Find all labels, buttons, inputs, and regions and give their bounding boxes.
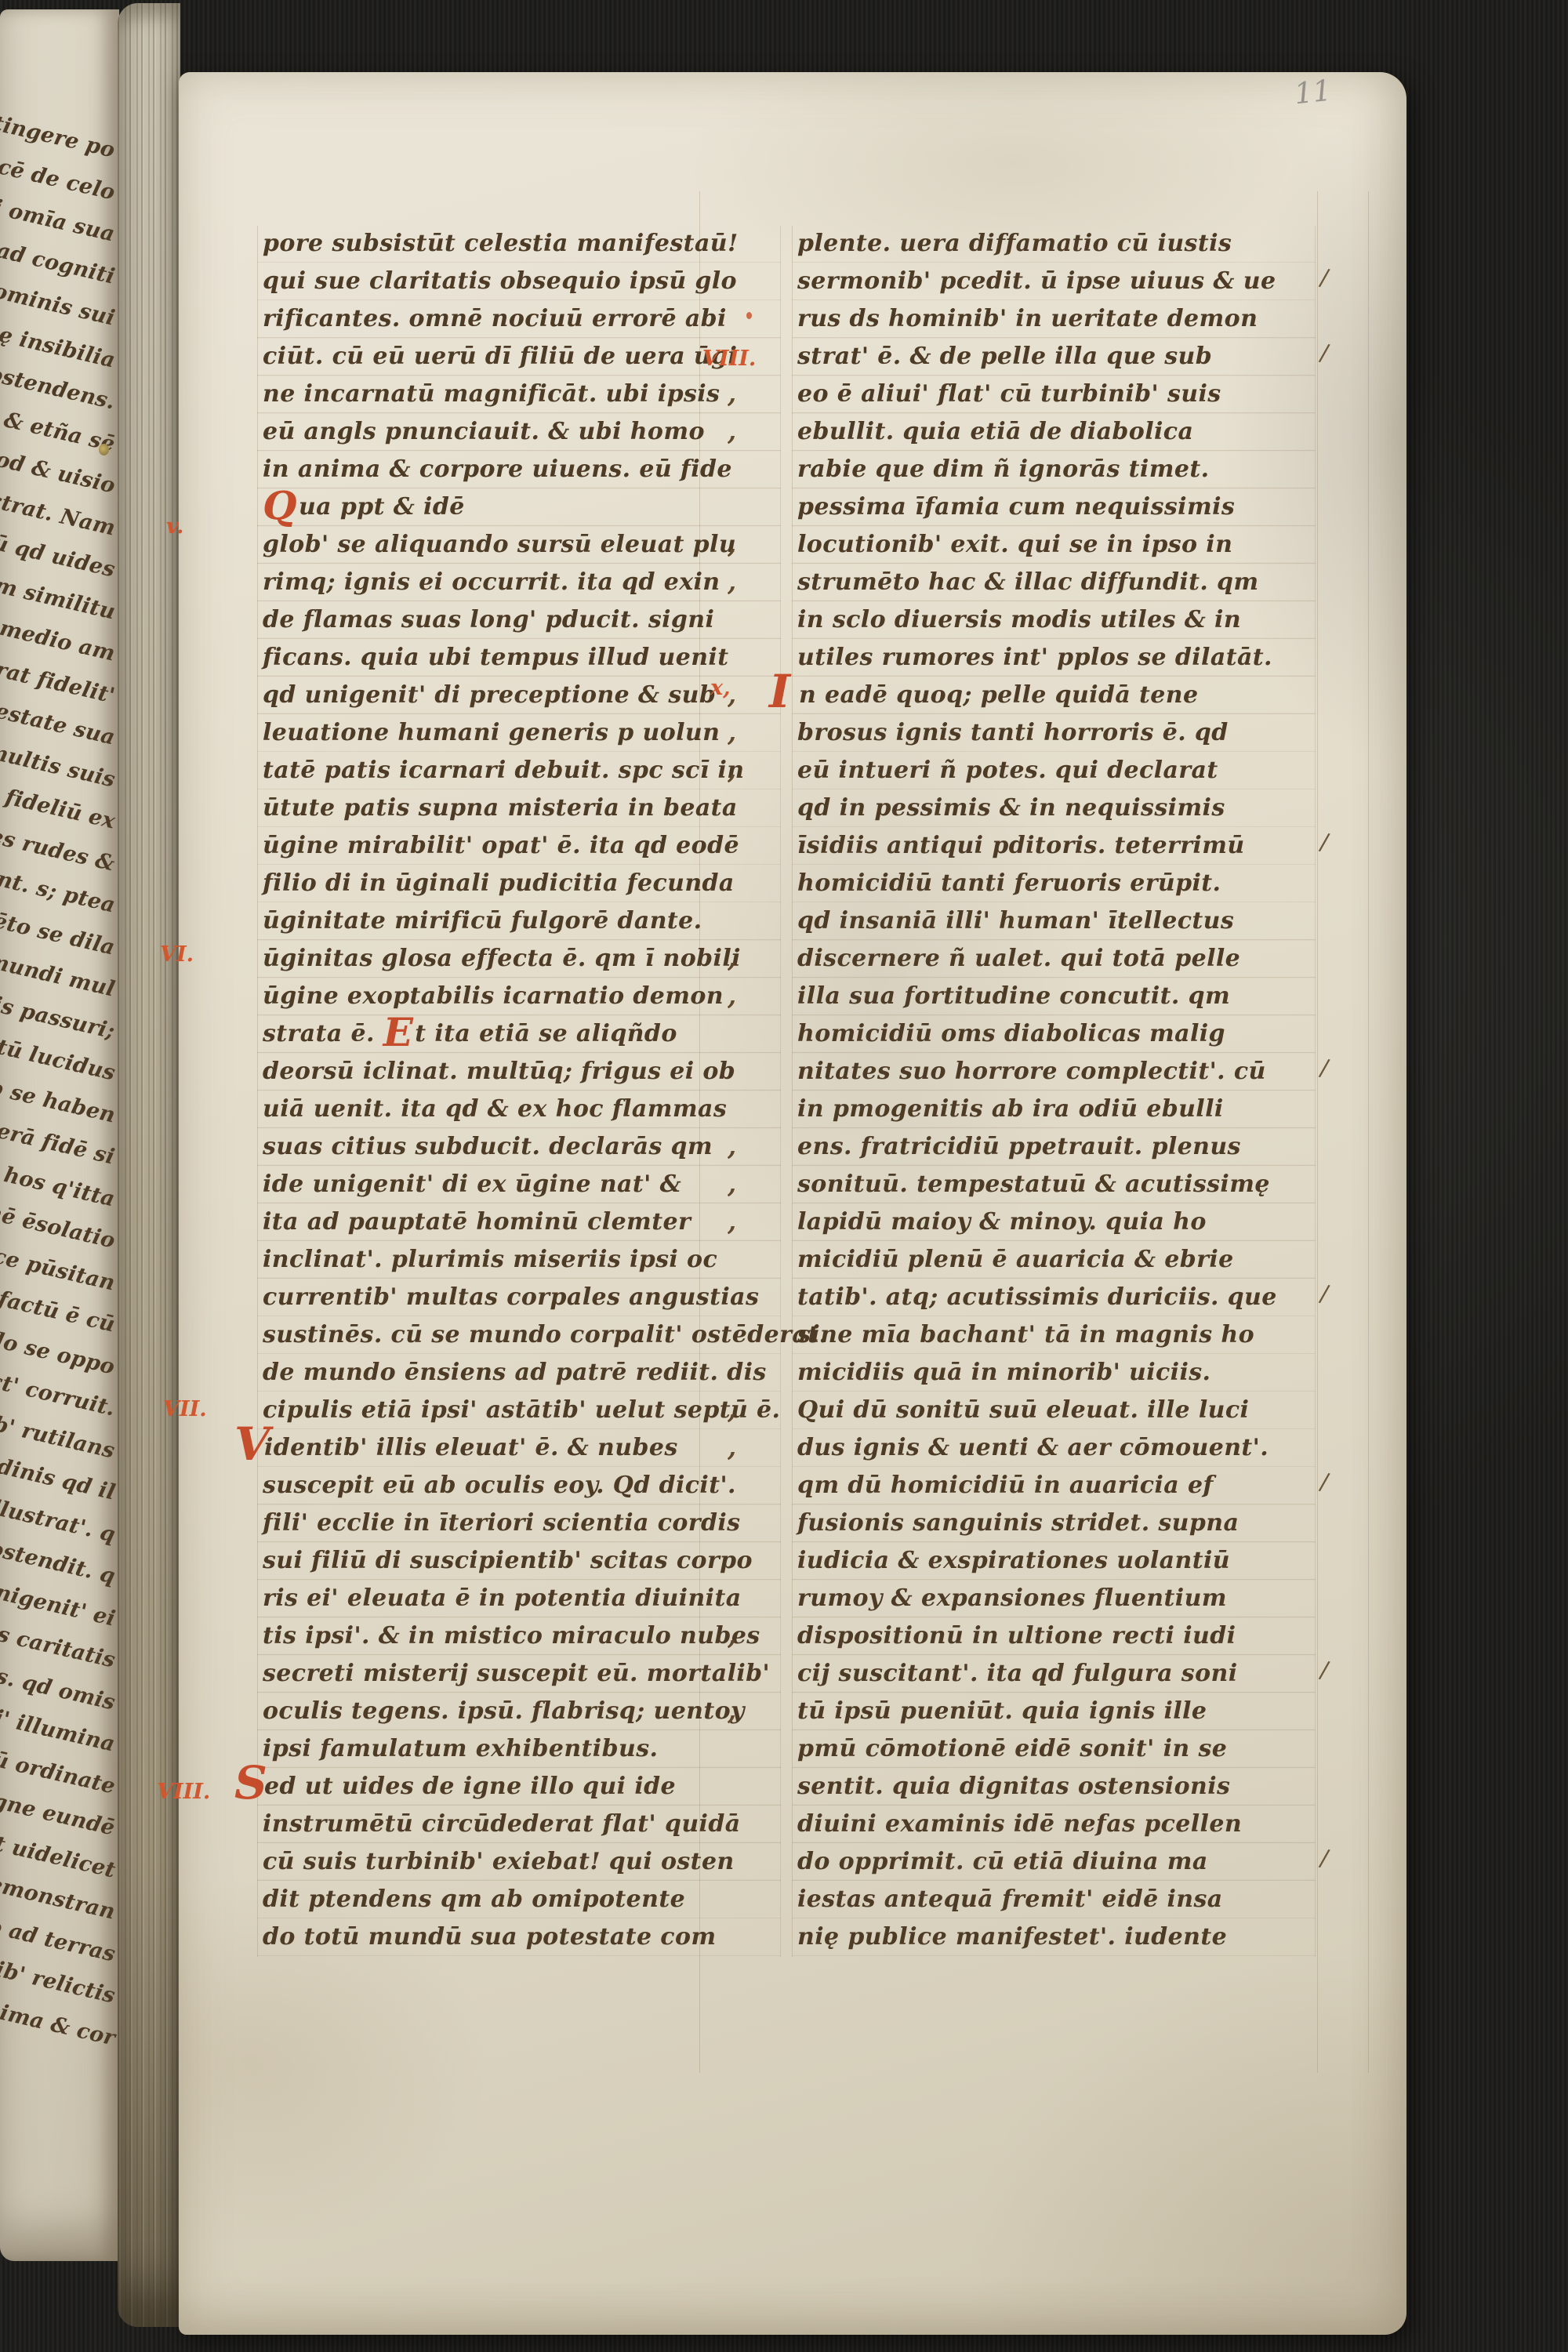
corrector-slash: / <box>1318 341 1330 365</box>
manuscript-line: tatē patis icarnari debuit. spc scī in <box>263 753 780 790</box>
manuscript-line: ris ei' eleuata ē in potentia diuinita <box>263 1581 780 1618</box>
manuscript-line: deorsū iclinat. multūq; frigus ei ob <box>263 1054 780 1091</box>
manuscript-line: plente. uera diffamatio cū iustis <box>797 226 1315 263</box>
manuscript-line: locutionib' exit. qui se in ipso in <box>797 527 1315 564</box>
facing-page-text-column: psā lucē ptingere poūtum uocē de celoOs … <box>0 140 119 2100</box>
manuscript-line: ficans. quia ubi tempus illud uenit <box>263 640 780 677</box>
manuscript-line: diuini examinis idē nefas pcellen <box>797 1806 1315 1844</box>
corrector-comma: , <box>728 983 736 1008</box>
manuscript-line: illa sua fortitudine concutit. qm <box>797 978 1315 1016</box>
manuscript-line: in sclo diuersis modis utiles & in <box>797 602 1315 640</box>
manuscript-line: dus ignis & uenti & aer cōmouent'. <box>797 1430 1315 1468</box>
manuscript-line: īsidiis antiqui pditoris. teterrimū <box>797 828 1315 866</box>
manuscript-line: ūginitate mirificū fulgorē dante. <box>263 903 780 941</box>
manuscript-line: in pmogenitis ab ira odiū ebulli <box>797 1091 1315 1129</box>
rubric-initial: Q <box>263 482 297 528</box>
manuscript-line: uiā uenit. ita qd & ex hoc flammas <box>263 1091 780 1129</box>
wormhole-spot <box>99 444 109 456</box>
manuscript-line: ūgine mirabilit' opat' ē. ita qd eodē <box>263 828 780 866</box>
manuscript-line: de mundo ēnsiens ad patrē rediit. dis <box>263 1355 780 1392</box>
manuscript-line: cū suis turbinib' exiebat! qui osten <box>263 1844 780 1882</box>
manuscript-line: ebullit. quia etiā de diabolica <box>797 414 1315 452</box>
manuscript-line: Videntib' illis eleuat' ē. & nubes <box>263 1430 780 1468</box>
manuscript-line: qui sue claritatis obsequio ipsū glo <box>263 263 780 301</box>
margin-numeral-viii-left: VIII. <box>157 1781 210 1802</box>
manuscript-line: de flamas suas long' pducit. signi <box>263 602 780 640</box>
corrector-comma: , <box>728 946 736 971</box>
manuscript-line: do opprimit. cū etiā diuina ma <box>797 1844 1315 1882</box>
margin-numeral-v: v. <box>166 516 183 537</box>
manuscript-line: sustinēs. cū se mundo corpalit' ostēdera… <box>263 1317 780 1355</box>
manuscript-line: ens. fratricidiū ppetrauit. plenus <box>797 1129 1315 1167</box>
manuscript-line: homicidiū oms diabolicas malig <box>797 1016 1315 1054</box>
corrector-comma: , <box>728 720 736 745</box>
manuscript-line: cij suscitant'. ita qd fulgura soni <box>797 1656 1315 1693</box>
corrector-slash: / <box>1318 266 1330 290</box>
page-edge-stack <box>118 3 180 2327</box>
manuscript-line: micidiū plenū ē auaricia & ebrie <box>797 1242 1315 1279</box>
manuscript-line: qd unigenit' di preceptione & sub <box>263 677 780 715</box>
manuscript-line: rabie que dim ñ ignorās timet. <box>797 452 1315 489</box>
manuscript-line: discernere ñ ualet. qui totā pelle <box>797 941 1315 978</box>
manuscript-line: sonituū. tempestatuū & acutissimę <box>797 1167 1315 1204</box>
manuscript-line: nię publice manifestet'. iudente <box>797 1919 1315 1957</box>
manuscript-line: rificantes. omnē nociuū errorē abi <box>263 301 780 339</box>
manuscript-line: sentit. quia dignitas ostensionis <box>797 1769 1315 1806</box>
manuscript-line: ita ad pauptatē hominū clemter <box>263 1204 780 1242</box>
manuscript-line: currentib' multas corpales angustias <box>263 1279 780 1317</box>
manuscript-line: pore subsistūt celestia manifestaū! <box>263 226 780 263</box>
manuscript-line: homicidiū tanti feruoris erūpit. <box>797 866 1315 903</box>
main-page: 11 pore subsistūt celestia manifestaū!qu… <box>179 72 1406 2335</box>
manuscript-line: micidiis quā in minorib' uiciis. <box>797 1355 1315 1392</box>
red-ink-dot <box>746 312 752 319</box>
manuscript-line: rimq; ignis ei occurrit. ita qd exin <box>263 564 780 602</box>
manuscript-line: ūgine exoptabilis icarnatio demon <box>263 978 780 1016</box>
corrector-comma: , <box>728 1134 736 1159</box>
manuscript-line: rus ds hominib' in ueritate demon <box>797 301 1315 339</box>
corrector-slash: / <box>1318 1846 1330 1871</box>
margin-numeral-vii: VII. <box>163 1399 207 1420</box>
corrector-comma: , <box>728 1698 736 1723</box>
manuscript-line: ne incarnatū magnificāt. ubi ipsis <box>263 376 780 414</box>
corrector-comma: , <box>728 381 736 406</box>
manuscript-line: sermonib' pcedit. ū ipse uiuus & ue <box>797 263 1315 301</box>
manuscript-line: dit ptendens qm ab omipotente <box>263 1882 780 1919</box>
manuscript-line: glob' se aliquando sursū eleuat plu <box>263 527 780 564</box>
manuscript-line: pmū cōmotionē eidē sonit' in se <box>797 1731 1315 1769</box>
manuscript-line: suas citius subducit. declarās qm <box>263 1129 780 1167</box>
manuscript-line: nitates suo horrore complectit'. cū <box>797 1054 1315 1091</box>
manuscript-line: iestas antequā fremit' eidē insa <box>797 1882 1315 1919</box>
corrector-comma: , <box>728 1435 736 1460</box>
corrector-slash: / <box>1318 1282 1330 1306</box>
corrector-slash: / <box>1318 1658 1330 1682</box>
manuscript-line: oculis tegens. ipsū. flabrisq; uentoy <box>263 1693 780 1731</box>
manuscript-line: suscepit eū ab oculis eoy. Qd dicit'. <box>263 1468 780 1505</box>
folio-number: 11 <box>1293 75 1333 111</box>
corrector-slash: / <box>1318 1470 1330 1494</box>
corrector-comma: , <box>728 1397 736 1422</box>
corrector-comma: , <box>728 419 736 444</box>
manuscript-line: tū ipsū pueniūt. quia ignis ille <box>797 1693 1315 1731</box>
manuscript-line: qm dū homicidiū in auaricia ef <box>797 1468 1315 1505</box>
manuscript-line: iudicia & exspirationes uolantiū <box>797 1543 1315 1581</box>
corrector-comma: , <box>728 532 736 557</box>
ruling-line-right-margin-outer <box>1368 191 1369 2073</box>
manuscript-line: strata ē. Et ita etiā se aliqñdo <box>263 1016 780 1054</box>
corrector-slash: / <box>1318 830 1330 855</box>
manuscript-line: qd in pessimis & in nequissimis <box>797 790 1315 828</box>
manuscript-line: fili' ecclie in īteriori scientia cordis <box>263 1505 780 1543</box>
manuscript-line: rumoy & expansiones fluentium <box>797 1581 1315 1618</box>
manuscript-line: Qua ppt & idē <box>263 489 780 527</box>
corrector-slash: / <box>1318 1056 1330 1080</box>
manuscript-line: filio di in ūginali pudicitia fecunda <box>263 866 780 903</box>
manuscript-line: cipulis etiā ipsi' astātib' uelut septū … <box>263 1392 780 1430</box>
manuscript-line: tis ipsi'. & in mistico miraculo nubes <box>263 1618 780 1656</box>
corrector-comma: , <box>728 1171 736 1196</box>
text-column-left: pore subsistūt celestia manifestaū!qui s… <box>257 226 781 1957</box>
manuscript-line: eo ē aliui' flat' cū turbinib' suis <box>797 376 1315 414</box>
manuscript-line: tatib'. atq; acutissimis duriciis. que <box>797 1279 1315 1317</box>
manuscript-line: qd insaniā illi' human' ītellectus <box>797 903 1315 941</box>
ruling-line-right-margin <box>1317 191 1318 2073</box>
corrector-comma: , <box>728 569 736 594</box>
manuscript-line: Qui dū sonitū suū eleuat. ille luci <box>797 1392 1315 1430</box>
margin-numeral-viii-gutter: VIII. <box>702 348 756 369</box>
manuscript-line: ūginitas glosa effecta ē. qm ī nobili <box>263 941 780 978</box>
manuscript-line: strumēto hac & illac diffundit. qm <box>797 564 1315 602</box>
manuscript-line: instrumētū circūdederat flat' quidā <box>263 1806 780 1844</box>
manuscript-line: leuatione humani generis p uolun <box>263 715 780 753</box>
manuscript-line: secreti misterij suscepit eū. mortalib' <box>263 1656 780 1693</box>
manuscript-line: fusionis sanguinis stridet. supna <box>797 1505 1315 1543</box>
corrector-comma: , <box>728 1209 736 1234</box>
manuscript-line: in anima & corpore uiuens. eū fide <box>263 452 780 489</box>
corrector-comma: , <box>728 682 736 707</box>
text-column-right: plente. uera diffamatio cū iustissermoni… <box>792 226 1316 1957</box>
manuscript-line: lapidū maioy & minoy. quia ho <box>797 1204 1315 1242</box>
manuscript-line: strat' ē. & de pelle illa que sub <box>797 339 1315 376</box>
manuscript-line: utiles rumores int' pplos se dilatāt. <box>797 640 1315 677</box>
corrector-comma: , <box>728 757 736 782</box>
corrector-comma: , <box>728 1623 736 1648</box>
manuscript-line: dispositionū in ultione recti iudi <box>797 1618 1315 1656</box>
manuscript-line: inclinat'. plurimis miseriis ipsi oc <box>263 1242 780 1279</box>
manuscript-line: ide unigenit' di ex ūgine nat' & <box>263 1167 780 1204</box>
manuscript-line: eū intueri ñ potes. qui declarat <box>797 753 1315 790</box>
manuscript-line: pessima īfamia cum nequissimis <box>797 489 1315 527</box>
rubric-initial: E <box>383 1009 414 1055</box>
manuscript-line: eū angls pnunciauit. & ubi homo <box>263 414 780 452</box>
margin-numeral-vi: VI. <box>160 944 194 965</box>
manuscript-photo: psā lucē ptingere poūtum uocē de celoOs … <box>0 0 1568 2352</box>
manuscript-line: Sed ut uides de igne illo qui ide <box>263 1769 780 1806</box>
manuscript-line: In eadē quoq; pelle quidā tene <box>797 677 1315 715</box>
manuscript-line: brosus ignis tanti horroris ē. qd <box>797 715 1315 753</box>
manuscript-line: sine mīa bachant' tā in magnis ho <box>797 1317 1315 1355</box>
manuscript-line: do totū mundū sua potestate com <box>263 1919 780 1957</box>
manuscript-line: ūtute patis supna misteria in beata <box>263 790 780 828</box>
manuscript-line: sui filiū di suscipientib' scitas corpo <box>263 1543 780 1581</box>
manuscript-line: ipsi famulatum exhibentibus. <box>263 1731 780 1769</box>
